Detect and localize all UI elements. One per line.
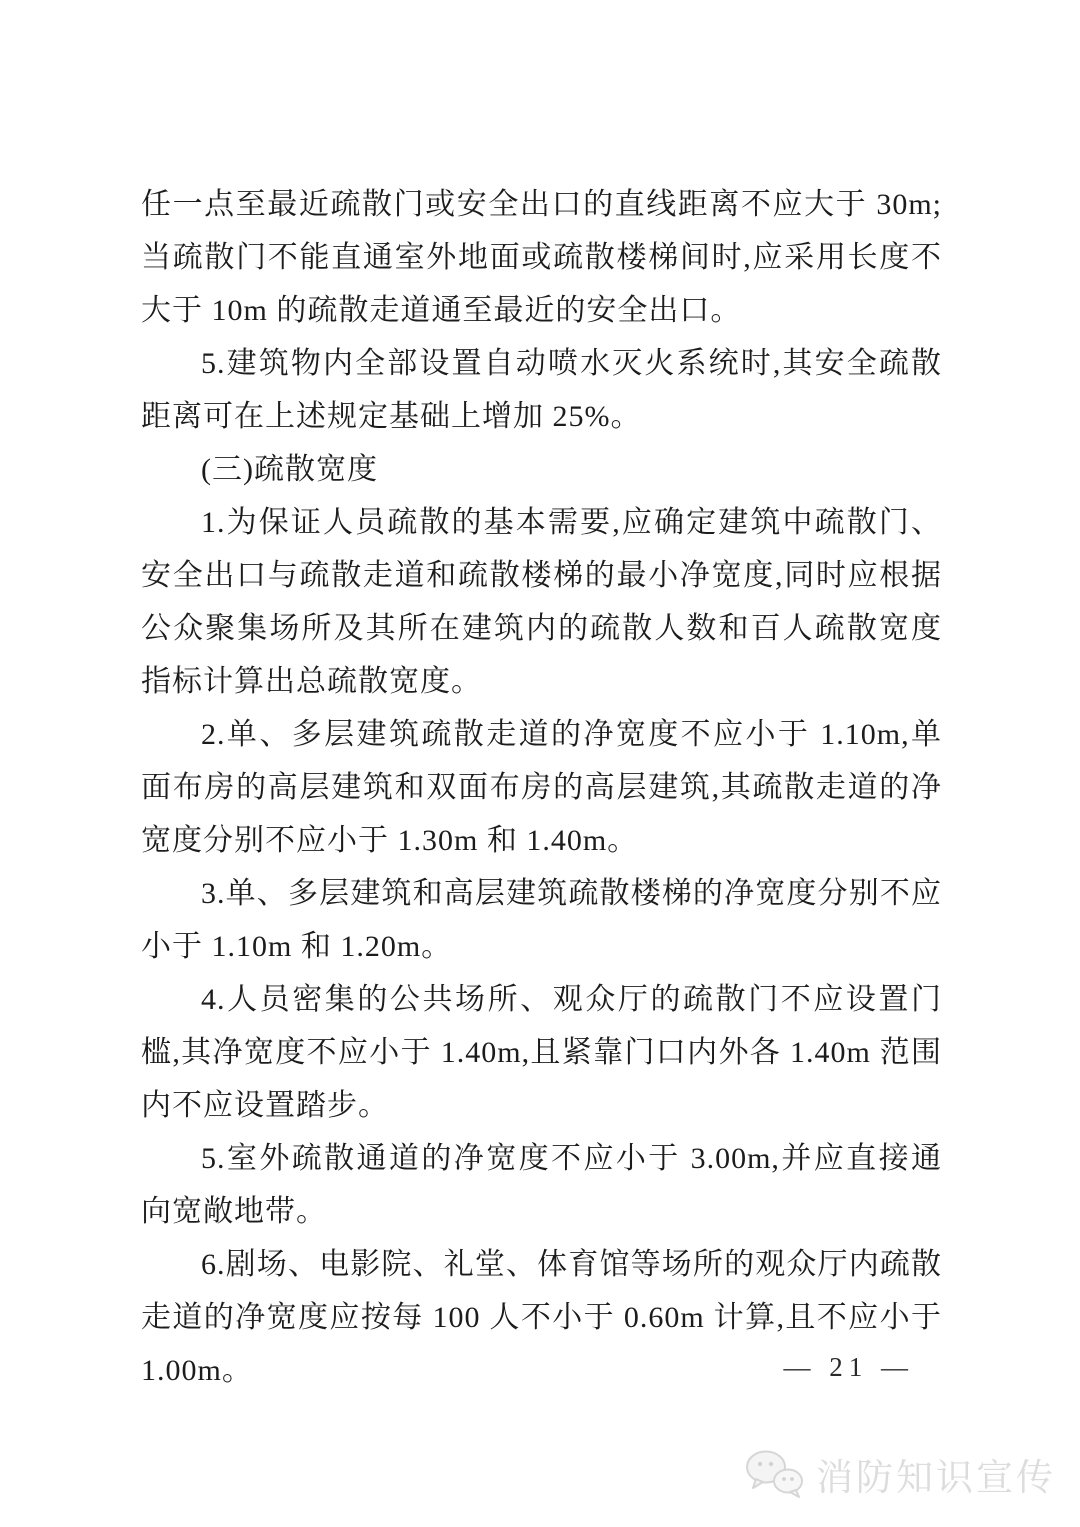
paragraph: 任一点至最近疏散门或安全出口的直线距离不应大于 30m;当疏散门不能直通室外地面… (141, 178, 942, 337)
paragraph: 4.人员密集的公共场所、观众厅的疏散门不应设置门槛,其净宽度不应小于 1.40m… (141, 973, 942, 1132)
paragraph: 5.建筑物内全部设置自动喷水灭火系统时,其安全疏散距离可在上述规定基础上增加 2… (141, 337, 942, 443)
document-body: 任一点至最近疏散门或安全出口的直线距离不应大于 30m;当疏散门不能直通室外地面… (141, 178, 942, 1397)
watermark-label: 消防知识宣传 (816, 1447, 1056, 1501)
wechat-icon (744, 1448, 806, 1500)
paragraph: 1.为保证人员疏散的基本需要,应确定建筑中疏散门、安全出口与疏散走道和疏散楼梯的… (141, 496, 942, 708)
paragraph: 5.室外疏散通道的净宽度不应小于 3.00m,并应直接通向宽敞地带。 (141, 1132, 942, 1238)
paragraph: (三)疏散宽度 (141, 443, 942, 496)
paragraph: 2.单、多层建筑疏散走道的净宽度不应小于 1.10m,单面布房的高层建筑和双面布… (141, 708, 942, 867)
document-page: 任一点至最近疏散门或安全出口的直线距离不应大于 30m;当疏散门不能直通室外地面… (0, 0, 1080, 1527)
paragraph: 3.单、多层建筑和高层建筑疏散楼梯的净宽度分别不应小于 1.10m 和 1.20… (141, 867, 942, 973)
watermark: 消防知识宣传 (744, 1447, 1056, 1501)
page-number: — 21 — (0, 1352, 1080, 1383)
